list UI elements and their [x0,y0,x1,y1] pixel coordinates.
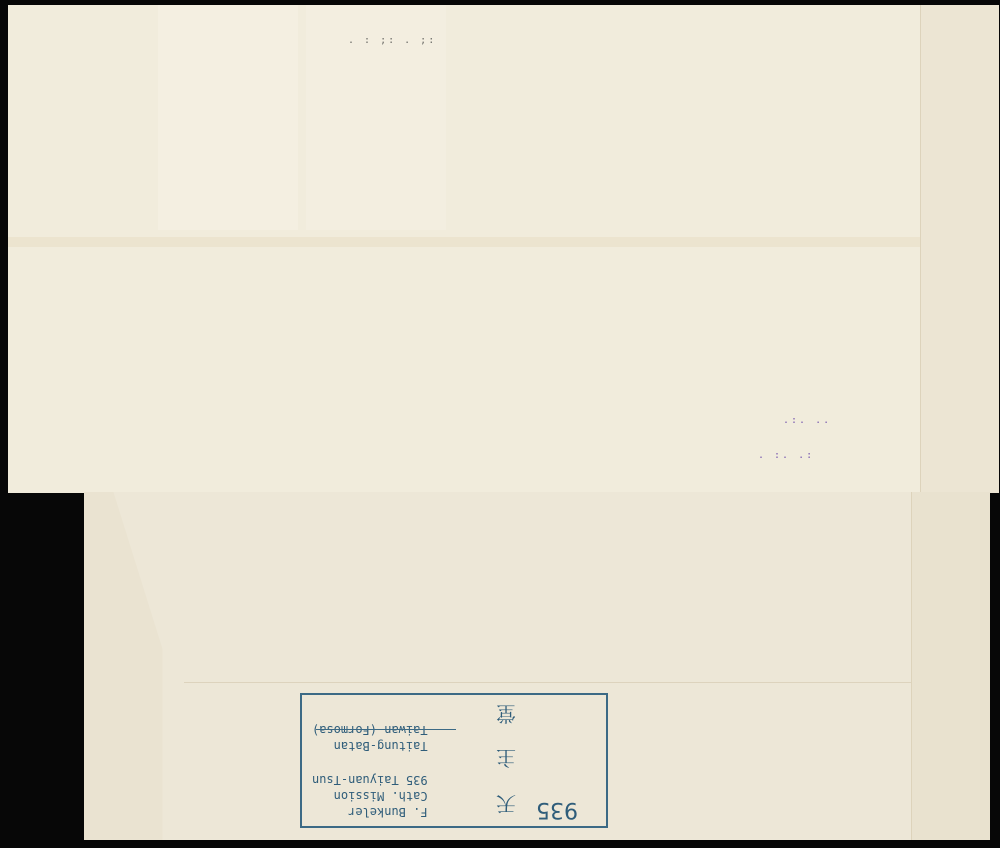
stamp-line: 935 Taiyuan-Tsun [312,772,428,788]
postmark-trace: . : ;: . ;: [348,35,436,46]
cjk-char: 主 [496,745,516,774]
stamp-line: F. Bunkeler [312,804,428,820]
stamp-address-lines: F. Bunkeler Cath. Mission 935 Taiyuan-Ts… [312,722,428,820]
top-envelope: . : ;: . ;: .:. .. . :. .: [8,5,998,493]
stamp-line: Taiwan (Formosa) [312,722,428,738]
postal-code: 935 [536,797,578,822]
stamp-line: Cath. Mission [312,788,428,804]
return-address-stamp: 935 天 主 堂 F. Bunkeler Cath. Mission 935 … [300,693,608,828]
envelope-side-flap [920,5,999,493]
stamp-line: Taitung-Batan [312,738,428,754]
paper-patch [158,5,298,230]
envelope-flap-line [8,237,920,247]
violet-ink-specks: . :. .: [758,450,814,461]
envelope-fold-line [184,682,912,683]
envelope-side-flap [911,492,990,840]
stamp-divider [316,729,456,730]
violet-ink-specks: .:. .. [783,415,831,426]
cjk-char: 堂 [496,701,516,730]
envelope-side-flap [84,492,182,840]
cjk-char: 天 [496,791,516,820]
